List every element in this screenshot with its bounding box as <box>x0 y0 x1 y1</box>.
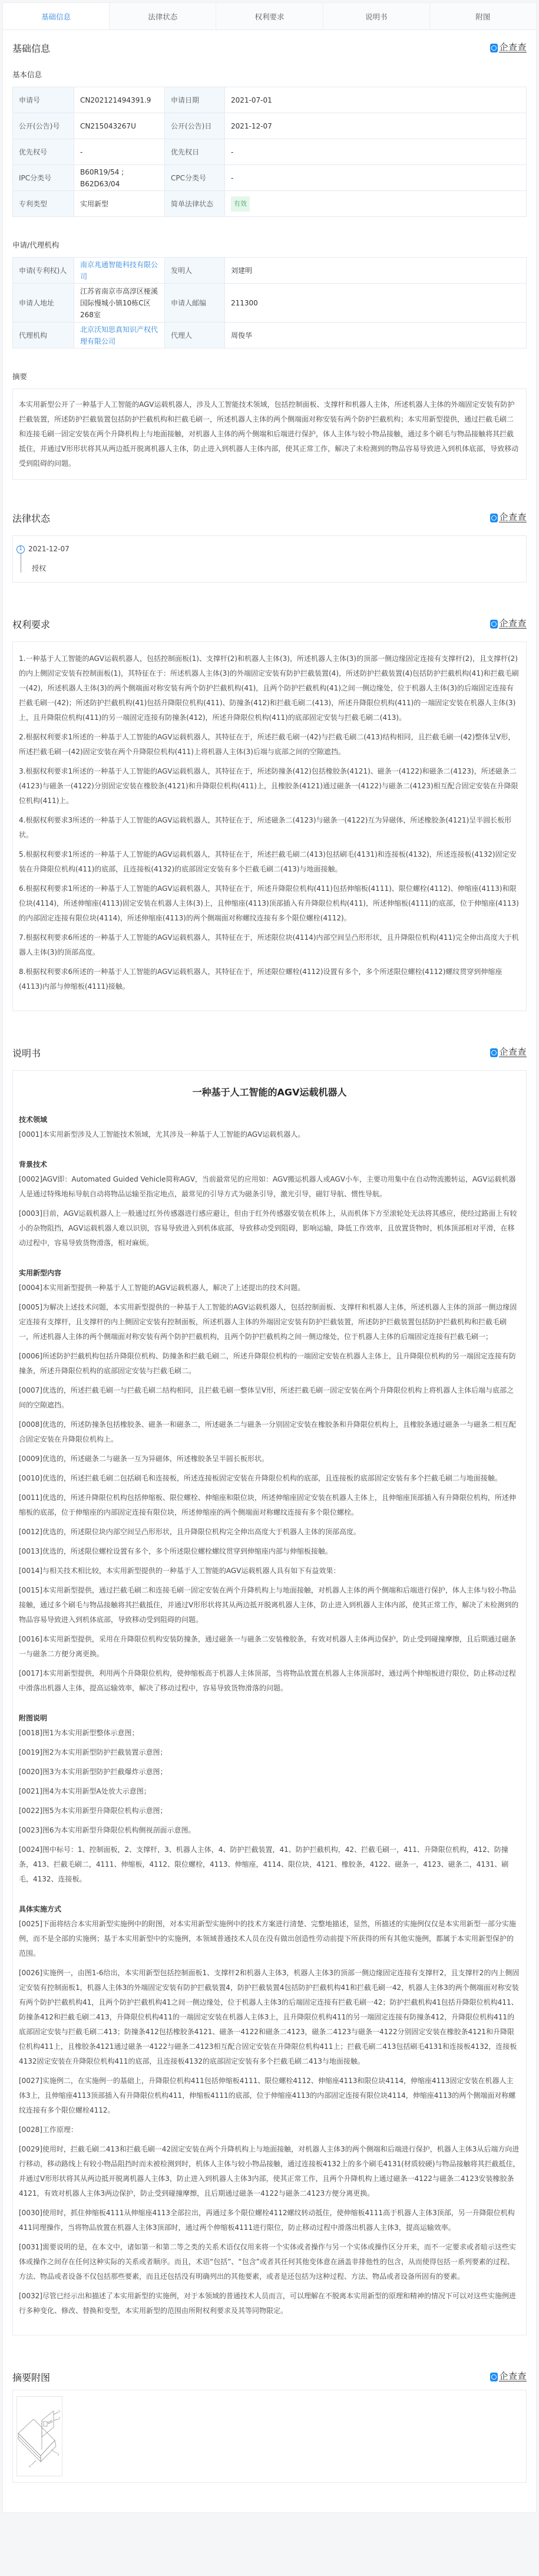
paragraph: [0029]使用时，拦截毛刷二413和拦截毛刷一42固定安装在两个升降机构上与地… <box>19 2142 520 2201</box>
paragraph: [0010]优选的，所述拦截毛刷二包括刷毛和连接板，所述连接板固定安装在升降限位… <box>19 1471 520 1486</box>
paragraph: [0022]图5为本实用新型升降限位机构示意图； <box>19 1804 520 1818</box>
table-row: 代理机构 北京沃知思真知识产权代理有限公司 代理人 周俊华 <box>13 323 527 348</box>
table-row: 申请号 CN202121494391.9 申请日期 2021-07-01 <box>13 87 527 113</box>
heading-technical-field: 技术领域 <box>19 1113 520 1127</box>
claim-item: 1.一种基于人工智能的AGV运载机器人，包括控制面板(1)、支撑杆(2)和机器人… <box>19 652 520 725</box>
paragraph: [0031]需要说明的是，在本文中，诸如第一和第二等之类的关系术语仅仅用来将一个… <box>19 2240 520 2284</box>
label-inventor: 发明人 <box>165 258 225 284</box>
description-section: 说明书 企查查 一种基于人工智能的AGV运载机器人 技术领域 [0001]本实用… <box>3 1035 536 2364</box>
label-application-no: 申请号 <box>13 87 74 113</box>
label-priority-no: 优先权号 <box>13 139 74 165</box>
paragraph: [0018]图1为本实用新型整体示意图； <box>19 1726 520 1741</box>
heading-figures-description: 附图说明 <box>19 1711 520 1726</box>
paragraph: [0009]优选的，所述磁条二与磁条一互为异磁体，所述橡胶条呈半圆长板形状。 <box>19 1452 520 1466</box>
claim-item: 6.根据权利要求1所述的一种基于人工智能的AGV运载机器人，其特征在于，所述升降… <box>19 881 520 926</box>
label-publication-no: 公开(公告)号 <box>13 113 74 139</box>
tab-basic-info[interactable]: 基础信息 <box>3 3 110 29</box>
svg-text:4: 4 <box>29 2465 31 2469</box>
claim-item: 4.根据权利要求3所述的一种基于人工智能的AGV运载机器人，其特征在于，所述磁条… <box>19 813 520 843</box>
value-patent-type: 实用新型 <box>74 191 165 217</box>
paragraph: [0001]本实用新型涉及人工智能技术领域，尤其涉及一种基于人工智能的AGV运载… <box>19 1127 520 1142</box>
paragraph: [0014]与相关技术相比较，本实用新型提供的一种基于人工智能的AGV运载机器人… <box>19 1564 520 1578</box>
timeline-item: 1 2021-12-07 <box>16 542 523 557</box>
tab-description[interactable]: 说明书 <box>323 3 430 29</box>
qcc-logo-icon <box>490 2373 498 2381</box>
value-application-no: CN202121494391.9 <box>74 87 165 113</box>
qcc-logo-icon <box>490 514 498 522</box>
claims-panel: 1.一种基于人工智能的AGV运载机器人，包括控制面板(1)、支撑杆(2)和机器人… <box>12 641 527 1011</box>
description-panel: 一种基于人工智能的AGV运载机器人 技术领域 [0001]本实用新型涉及人工智能… <box>12 1070 527 2335</box>
robot-drawing-icon: 1 2 3 4 <box>17 2397 62 2476</box>
qcc-logo: 企查查 <box>490 1048 527 1057</box>
document-title: 一种基于人工智能的AGV运载机器人 <box>19 1085 520 1100</box>
qcc-logo: 企查查 <box>490 43 527 52</box>
applicant-link[interactable]: 南京兆通智能科技有限公司 <box>80 261 158 281</box>
table-row: 公开(公告)号 CN215043267U 公开(公告)日 2021-12-07 <box>13 113 527 139</box>
section-title-claims: 权利要求 <box>12 617 50 631</box>
value-cpc: - <box>225 165 527 191</box>
table-row: 优先权号 - 优先权日 - <box>13 139 527 165</box>
section-title-description: 说明书 <box>12 1046 41 1060</box>
paragraph: [0017]本实用新型提供，利用两个升降限位机构，使伸缩板高于机器人主体顶部，当… <box>19 1666 520 1696</box>
abstract-text: 本实用新型公开了一种基于人工智能的AGV运载机器人，涉及人工智能技术领域，包括控… <box>19 397 520 471</box>
value-agent: 周俊华 <box>225 323 527 348</box>
claim-item: 3.根据权利要求1所述的一种基于人工智能的AGV运载机器人，其特征在于，所述防撞… <box>19 764 520 808</box>
legal-status-section: 法律状态 企查查 1 2021-12-07 授权 <box>3 500 536 606</box>
label-applicant: 申请(专利权)人 <box>13 258 74 284</box>
paragraph: [0005]为解决上述技术问题，本实用新型提供的一种基于人工智能的AGV运载机器… <box>19 1300 520 1344</box>
paragraph: [0004]本实用新型提供一种基于人工智能的AGV运载机器人，解决了上述提出的技… <box>19 1281 520 1295</box>
paragraph: [0007]优选的，所述拦截毛刷一与拦截毛刷二结构相同，且拦截毛刷一整体呈V形，… <box>19 1383 520 1413</box>
paragraph: [0027]实施例二，在实施例一的基础上，升降限位机构411包括伸缩板4111、… <box>19 2074 520 2118</box>
label-legal-status: 简单法律状态 <box>165 191 225 217</box>
claim-item: 8.根据权利要求6所述的一种基于人工智能的AGV运载机器人，其特征在于，所述限位… <box>19 965 520 994</box>
label-ipc: IPC分类号 <box>13 165 74 191</box>
paragraph: [0002]AGV即：Automated Guided Vehicle简称AGV… <box>19 1172 520 1202</box>
abstract-figure-section: 摘要附图 企查查 <box>3 2364 536 2512</box>
table-row: 申请(专利权)人 南京兆通智能科技有限公司 发明人 刘建明 <box>13 258 527 284</box>
paragraph: [0028]工作原理： <box>19 2123 520 2137</box>
value-publication-date: 2021-12-07 <box>225 113 527 139</box>
svg-text:2: 2 <box>58 2417 60 2420</box>
paragraph: [0006]所述防护拦截机构包括升降限位机构、防撞条和拦截毛刷二，所述升降限位机… <box>19 1349 520 1379</box>
claims-section: 权利要求 企查查 1.一种基于人工智能的AGV运载机器人，包括控制面板(1)、支… <box>3 606 536 1035</box>
value-priority-no: - <box>74 139 165 165</box>
label-postcode: 申请人邮编 <box>165 284 225 323</box>
applicant-table: 申请(专利权)人 南京兆通智能科技有限公司 发明人 刘建明 申请人地址 江苏省南… <box>12 257 527 348</box>
qcc-logo: 企查查 <box>490 2372 527 2381</box>
tab-legal-status[interactable]: 法律状态 <box>110 3 216 29</box>
basic-info-section: 基础信息 企查查 基本信息 申请号 CN202121494391.9 申请日期 … <box>3 30 536 500</box>
heading-content: 实用新型内容 <box>19 1266 520 1281</box>
qcc-logo-icon <box>490 44 498 52</box>
paragraph: [0021]图4为本实用新型A处放大示意图； <box>19 1784 520 1799</box>
qcc-logo-icon <box>490 620 498 629</box>
value-applicant-address: 江苏省南京市高淳区桠溪国际慢城小镇10栋C区268室 <box>74 284 165 323</box>
tab-figures[interactable]: 附图 <box>430 3 536 29</box>
label-cpc: CPC分类号 <box>165 165 225 191</box>
label-application-date: 申请日期 <box>165 87 225 113</box>
sub-title-abstract: 摘要 <box>12 371 527 381</box>
sub-title-applicant: 申请/代理机构 <box>12 239 527 250</box>
timeline-line <box>21 552 21 573</box>
claim-item: 2.根据权利要求1所述的一种基于人工智能的AGV运载机器人，其特征在于，所述拦截… <box>19 730 520 759</box>
patent-page: 基础信息 法律状态 权利要求 说明书 附图 基础信息 企查查 基本信息 申请号 … <box>2 2 537 2513</box>
table-row: 申请人地址 江苏省南京市高淳区桠溪国际慢城小镇10栋C区268室 申请人邮编 2… <box>13 284 527 323</box>
paragraph: [0008]优选的，所述防撞条包括橡胶条、磁条一和磁条二，所述磁条二与磁条一分别… <box>19 1417 520 1447</box>
paragraph: [0012]优选的，所述限位块内部空间呈凸形形状，且升降限位机构完全伸出高度大于… <box>19 1525 520 1539</box>
tab-claims[interactable]: 权利要求 <box>216 3 323 29</box>
label-agency: 代理机构 <box>13 323 74 348</box>
value-ipc: B60R19/54 ; B62D63/04 <box>74 165 165 191</box>
tab-bar: 基础信息 法律状态 权利要求 说明书 附图 <box>3 3 536 30</box>
status-badge: 有效 <box>231 196 250 212</box>
abstract-figure-panel: 1 2 3 4 <box>12 2390 527 2483</box>
claim-item: 5.根据权利要求1所述的一种基于人工智能的AGV运载机器人，其特征在于，所述拦截… <box>19 847 520 877</box>
paragraph: [0030]使用时，抓住伸缩板4111从伸缩座4113全部拉出，再通过多个限位螺… <box>19 2206 520 2235</box>
table-row: 专利类型 实用新型 简单法律状态 有效 <box>13 191 527 217</box>
value-priority-date: - <box>225 139 527 165</box>
heading-embodiments: 具体实施方式 <box>19 1902 520 1917</box>
svg-text:1: 1 <box>58 2410 60 2413</box>
abstract-panel: 本实用新型公开了一种基于人工智能的AGV运载机器人，涉及人工智能技术领域，包括控… <box>12 389 527 480</box>
paragraph: [0019]图2为本实用新型防护拦截装置示意图； <box>19 1745 520 1760</box>
table-row: IPC分类号 B60R19/54 ; B62D63/04 CPC分类号 - <box>13 165 527 191</box>
label-applicant-address: 申请人地址 <box>13 284 74 323</box>
qcc-logo: 企查查 <box>490 619 527 629</box>
value-publication-no: CN215043267U <box>74 113 165 139</box>
sub-title-basic: 基本信息 <box>12 69 527 80</box>
timeline-event: 授权 <box>16 561 523 576</box>
claim-item: 7.根据权利要求6所述的一种基于人工智能的AGV运载机器人，其特征在于，所述限位… <box>19 930 520 960</box>
label-priority-date: 优先权日 <box>165 139 225 165</box>
basic-info-table: 申请号 CN202121494391.9 申请日期 2021-07-01 公开(… <box>12 87 527 217</box>
paragraph: [0024]图中标号：1、控制面板，2、支撑杆，3、机器人主体，4、防护拦截装置… <box>19 1843 520 1887</box>
paragraph: [0016]本实用新型提供，采用在升降限位机构安装防撞条，通过磁条一与磁条二安装… <box>19 1632 520 1662</box>
paragraph: [0015]本实用新型提供，通过拦截毛刷二和连接毛刷一固定安装在两个升降机构上与… <box>19 1583 520 1627</box>
paragraph: [0011]优选的，所述升降限位机构包括伸缩板、限位螺栓、伸缩座和限位块，所述伸… <box>19 1491 520 1520</box>
section-title-basic-info: 基础信息 <box>12 41 50 55</box>
value-application-date: 2021-07-01 <box>225 87 527 113</box>
label-publication-date: 公开(公告)日 <box>165 113 225 139</box>
label-patent-type: 专利类型 <box>13 191 74 217</box>
value-inventor: 刘建明 <box>225 258 527 284</box>
paragraph: [0020]图3为本实用新型防护拦截爆炸示意图； <box>19 1765 520 1779</box>
paragraph: [0025]下面将结合本实用新型实施例中的附图，对本实用新型实施例中的技术方案进… <box>19 1917 520 1961</box>
paragraph: [0003]目前，AGV运载机器人上一般通过红外传感器进行感应避让，但由于红外传… <box>19 1206 520 1251</box>
qcc-logo: 企查查 <box>490 513 527 522</box>
svg-text:3: 3 <box>57 2453 59 2457</box>
paragraph: [0013]优选的，所述限位螺栓设置有多个，多个所述限位螺栓螺纹贯穿到伸缩座内部… <box>19 1544 520 1559</box>
label-agent: 代理人 <box>165 323 225 348</box>
section-title-abstract-figure: 摘要附图 <box>12 2370 50 2384</box>
paragraph: [0032]尽管已经示出和描述了本实用新型的实施例，对于本领域的普通技术人员而言… <box>19 2289 520 2318</box>
value-postcode: 211300 <box>225 284 527 323</box>
agency-link[interactable]: 北京沃知思真知识产权代理有限公司 <box>80 325 158 346</box>
heading-background: 背景技术 <box>19 1157 520 1172</box>
abstract-figure-thumbnail[interactable]: 1 2 3 4 <box>16 2396 62 2476</box>
legal-timeline: 1 2021-12-07 授权 <box>12 535 527 583</box>
timeline-date: 2021-12-07 <box>28 542 70 557</box>
qcc-logo-icon <box>490 1048 498 1057</box>
section-title-legal-status: 法律状态 <box>12 511 50 525</box>
paragraph: [0026]实施例一，由图1-6给出，本实用新型包括控制面板1、支撑杆2和机器人… <box>19 1966 520 2069</box>
paragraph: [0023]图6为本实用新型升降限位机构侧视剖面示意图。 <box>19 1823 520 1838</box>
